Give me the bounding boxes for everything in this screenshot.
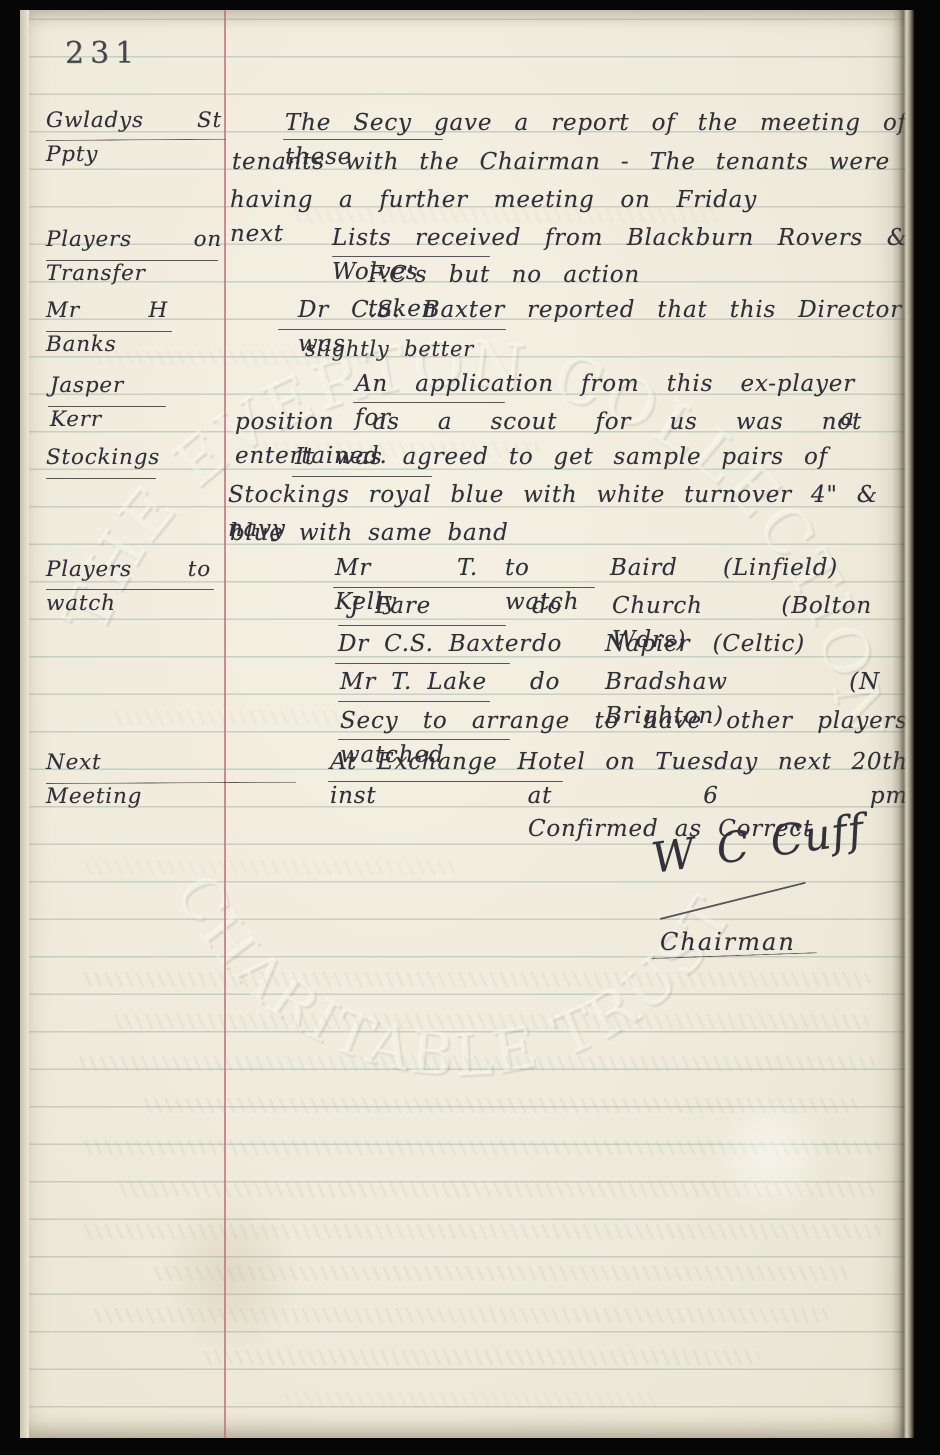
body-line: tenants with the Chairman - The tenants … bbox=[232, 145, 890, 179]
ink-underline bbox=[353, 402, 505, 403]
scanned-minute-book-photo: { "page": { "number": "231" }, "watermar… bbox=[0, 0, 940, 1455]
body-line: It was agreed to get sample pairs of bbox=[295, 440, 828, 474]
body-line: blue with same band bbox=[230, 516, 509, 550]
ink-underline bbox=[333, 587, 595, 588]
watch-row-club: Baird (Linfield) bbox=[610, 551, 838, 585]
ghost-writing bbox=[280, 1392, 660, 1407]
ink-underline bbox=[46, 589, 214, 590]
ink-underline bbox=[46, 260, 218, 261]
page-fold-edge bbox=[892, 10, 914, 1438]
entry-heading-mr-h-banks: Mr H Banks bbox=[46, 294, 168, 362]
ghost-writing bbox=[80, 1140, 880, 1155]
ink-underline bbox=[46, 478, 156, 479]
ink-underline bbox=[292, 476, 432, 477]
page-left-edge bbox=[20, 10, 29, 1438]
watch-row-mid: do bbox=[530, 665, 560, 699]
ink-underline bbox=[328, 781, 563, 782]
ink-underline bbox=[283, 139, 443, 140]
ghost-writing bbox=[80, 972, 870, 987]
ghost-writing bbox=[80, 860, 460, 875]
ink-underline bbox=[338, 701, 490, 702]
ghost-writing bbox=[110, 710, 370, 725]
red-margin-line bbox=[224, 10, 226, 1438]
entry-heading-next-meeting: Next Meeting bbox=[46, 746, 176, 814]
watch-row-club: Napier (Celtic) bbox=[605, 627, 805, 661]
ink-underline bbox=[46, 331, 172, 332]
entry-heading-jasper-kerr: Jasper Kerr bbox=[50, 369, 162, 437]
watch-row-name: Mr T. Lake bbox=[340, 665, 487, 699]
ink-underline bbox=[335, 663, 510, 664]
ink-underline bbox=[278, 329, 506, 330]
ghost-writing bbox=[140, 1098, 860, 1113]
page-number: 231 bbox=[65, 36, 140, 71]
ghost-writing bbox=[90, 1308, 830, 1323]
ink-underline bbox=[332, 256, 490, 257]
ghost-writing bbox=[150, 1266, 850, 1281]
ink-underline bbox=[48, 406, 166, 407]
body-line: At Exchange Hotel on Tuesday next 20th i… bbox=[330, 745, 908, 813]
entry-heading-stockings: Stockings bbox=[46, 441, 150, 475]
ghost-writing bbox=[115, 1182, 875, 1197]
entry-heading-players-on-transfer: Players on Transfer bbox=[46, 223, 222, 291]
ink-underline bbox=[338, 625, 506, 626]
watch-row-name: Dr C.S. Baxter bbox=[338, 627, 531, 661]
watch-row-name: J Fare bbox=[350, 589, 431, 623]
signature-flourish bbox=[660, 882, 806, 920]
ghost-writing bbox=[75, 1056, 875, 1071]
ghost-writing bbox=[200, 1350, 760, 1365]
ghost-writing bbox=[80, 1224, 880, 1239]
watch-row-mid: do bbox=[532, 627, 562, 661]
watch-row-mid: do bbox=[532, 589, 562, 623]
entry-heading-players-to-watch: Players to watch bbox=[46, 553, 211, 621]
body-line: slightly better bbox=[305, 332, 474, 366]
ink-underline bbox=[338, 739, 510, 740]
minute-book-page: THE EVERTON COLLECTION CHARITABLE TRUST … bbox=[20, 10, 914, 1438]
